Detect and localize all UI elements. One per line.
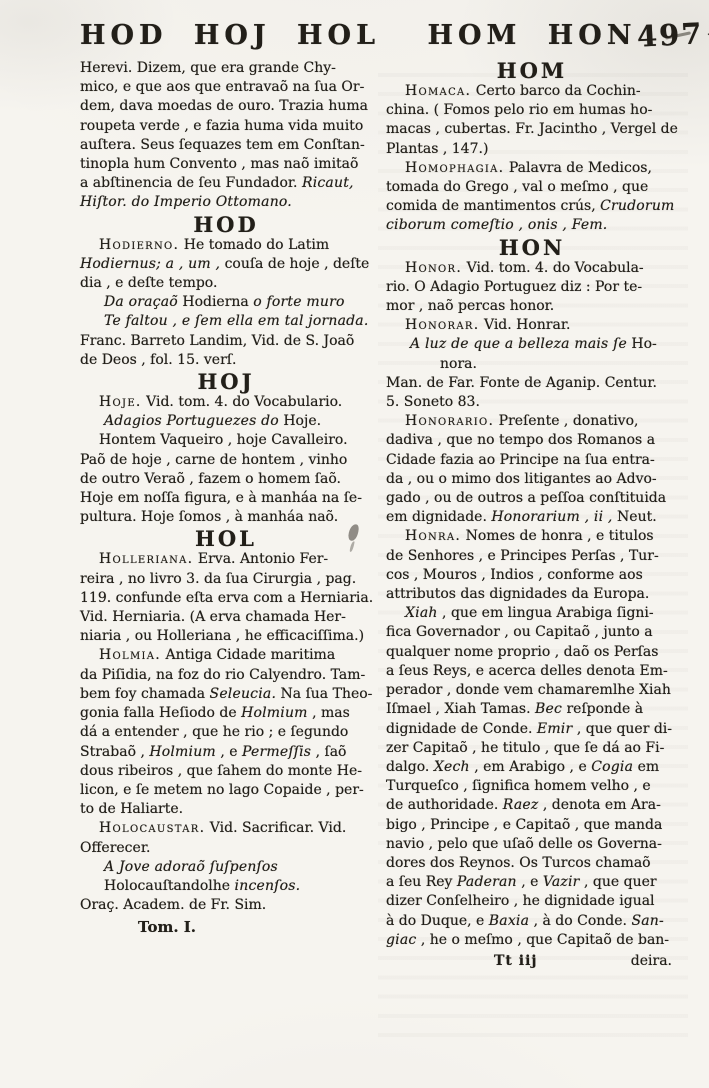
right-column-body: HOMHomaca. Certo barco da Cochin-china. …: [386, 59, 678, 950]
text-block: Oraç. Academ. de Fr. Sim.: [80, 896, 372, 915]
text-block: Holocaustar. Vid. Sacrificar. Vid.Offere…: [80, 819, 372, 857]
text-block: Homophagia. Palavra de Medicos,tomada do…: [386, 159, 678, 236]
text-block: Honra. Nomes de honra , e titulosde Senh…: [386, 527, 678, 604]
text-block: Herevi. Dizem, que era grande Chy-mico, …: [80, 59, 372, 213]
text-block: Xiah , que em lingua Arabiga ſigni-fica …: [386, 604, 678, 950]
left-column: HOD HOJ HOL Herevi. Dizem, que era grand…: [80, 20, 372, 938]
section-heading: HOL: [80, 527, 372, 550]
section-heading: HOJ: [80, 370, 372, 393]
text-block: Da oraçaõ Hodierna o forte muroTe faltou…: [104, 293, 372, 331]
catchword: deira.: [631, 952, 672, 971]
text-block: Homaca. Certo barco da Cochin-china. ( F…: [386, 82, 678, 159]
text-block: Holmia. Antiga Cidade maritimada Piſidia…: [80, 646, 372, 819]
text-block: Honorar. Vid. Honrar.: [386, 316, 678, 335]
volume-mark: Tom. I.: [138, 918, 372, 937]
page-number: 497: [637, 24, 704, 47]
text-block: Hodierno. He tomado do LatimHodiernus; a…: [80, 236, 372, 294]
text-block: Honor. Vid. tom. 4. do Vocabula-rio. O A…: [386, 259, 678, 317]
section-heading: HON: [386, 236, 678, 259]
text-block: Adagios Portuguezes do Hoje.: [104, 412, 372, 431]
page-scan: HOD HOJ HOL Herevi. Dizem, que era grand…: [0, 0, 709, 1088]
section-heading: HOM: [386, 59, 678, 82]
right-column: HOM HON 497 – HOMHomaca. Certo barco da …: [386, 20, 678, 972]
footer-right-row: Tt iij deira.: [386, 952, 678, 972]
text-block: A Jove adoraõ ſuſpenſosHolocauſtandolhe …: [104, 858, 372, 896]
signature-mark: Tt iij: [494, 952, 537, 971]
running-head-left: HOD HOJ HOL: [80, 20, 372, 52]
running-head-right: HOM HON: [386, 20, 678, 52]
left-column-body: Herevi. Dizem, que era grande Chy-mico, …: [80, 59, 372, 915]
text-block: A luz de que a belleza mais ſe Ho-nora.: [410, 335, 678, 373]
text-block: Honorario. Preſente , donativo,dadiva , …: [386, 412, 678, 527]
text-block: Holleriana. Erva. Antonio Fer-reira , no…: [80, 550, 372, 646]
section-heading: HOD: [80, 213, 372, 236]
text-block: Franc. Barreto Landim, Vid. de S. Joaõde…: [80, 332, 372, 370]
text-block: Hoje. Vid. tom. 4. do Vocabulario.: [80, 393, 372, 412]
running-head-right-row: HOM HON 497 –: [386, 20, 678, 52]
text-block: Hontem Vaqueiro , hoje Cavalleiro.Paõ de…: [80, 431, 372, 527]
text-block: Man. de Far. Fonte de Aganip. Centur.5. …: [386, 374, 678, 412]
